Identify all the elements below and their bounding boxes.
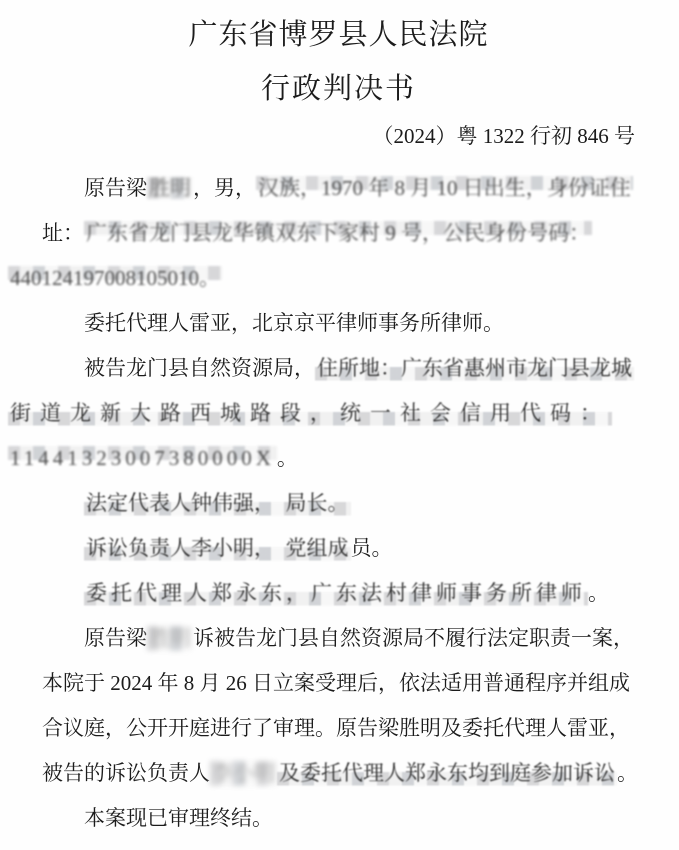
body-line: 合议庭，公开开庭进行了审理。原告梁胜明及委托代理人雷亚， [42, 706, 635, 751]
court-name: 广东省博罗县人民法院 [42, 16, 635, 54]
body-line: 委托代理人雷亚，北京京平律师事务所律师。 [42, 301, 635, 346]
body-line: 街道龙新大路西城路段，统一社会信用代码： [8, 391, 635, 436]
text-segment: 本院于 2024 年 8 月 26 日立案受理后，依法适用普通程序并组成 [42, 671, 630, 695]
text-segment: 本案现已审理终结。 [84, 806, 273, 830]
body-line: 被告的诉讼负责人李小明及委托代理人郑永东均到庭参加诉讼。 [42, 751, 635, 796]
body-line: 440124197008105010。 [8, 256, 635, 301]
document-type-title: 行政判决书 [42, 70, 635, 108]
text-segment: ，男， [193, 176, 256, 200]
text-segment: 被告龙门县自然资源局， [84, 356, 315, 380]
body-line: 本院于 2024 年 8 月 26 日立案受理后，依法适用普通程序并组成 [42, 661, 635, 706]
text-segment: 合议庭，公开开庭进行了审理。原告梁胜明及委托代理人雷亚， [42, 716, 630, 740]
text-segment: 原告梁 [84, 626, 147, 650]
redacted-text-segment: 委托代理人郑永东，广东法村律师事务所律师 [84, 580, 588, 606]
body-line: 法定代表人钟伟强， 局长。 [42, 481, 635, 526]
redacted-text-segment: 住所地：广东省惠州市龙门县龙城 [315, 355, 634, 381]
redacted-text-segment: 汉族，1970 年 8 月 10 日出生，身份证住 [256, 175, 633, 201]
redacted-text-segment: 440124197008105010。 [8, 265, 222, 291]
text-segment: 诉被告龙门县自然资源局不履行法定职责一案， [193, 626, 634, 650]
judgment-document: 广东省博罗县人民法院 行政判决书 （2024）粤 1322 行初 846 号 原… [0, 0, 679, 850]
redacted-text-segment: 李小明 [210, 760, 277, 786]
redacted-text-segment: 胜明 [147, 175, 193, 201]
text-segment: 址： [42, 221, 84, 245]
redacted-text-segment: 胜明 [147, 625, 193, 651]
redacted-text-segment: 诉讼负责人李小明， 党组成 [84, 535, 351, 561]
redacted-text-segment: 街道龙新大路西城路段，统一社会信用代码： [8, 400, 612, 426]
redacted-text-segment: 及委托代理人郑永东均到庭参加诉讼 [277, 760, 617, 786]
body-line: 被告龙门县自然资源局，住所地：广东省惠州市龙门县龙城 [42, 346, 635, 391]
text-segment: 。 [617, 761, 638, 785]
body-line: 委托代理人郑永东，广东法村律师事务所律师。 [42, 571, 635, 616]
body-line: 本案现已审理终结。 [42, 796, 635, 841]
body-line: 址：广东省龙门县龙华镇双东下家村 9 号，公民身份号码： [42, 211, 635, 256]
body-line: 11441323007380000X。 [8, 436, 635, 481]
body-line: 原告梁胜明，男，汉族，1970 年 8 月 10 日出生，身份证住 [42, 166, 635, 211]
text-segment: 原告梁 [84, 176, 147, 200]
redacted-text-segment: 法定代表人钟伟强， 局长。 [84, 490, 351, 516]
case-number: （2024）粤 1322 行初 846 号 [42, 122, 635, 150]
text-segment: 。 [588, 581, 613, 605]
document-body: 原告梁胜明，男，汉族，1970 年 8 月 10 日出生，身份证住址：广东省龙门… [42, 166, 635, 841]
text-segment: 委托代理人雷亚，北京京平律师事务所律师。 [84, 311, 504, 335]
text-segment: 员。 [351, 536, 393, 560]
text-segment: 。 [277, 446, 302, 470]
body-line: 诉讼负责人李小明， 党组成员。 [42, 526, 635, 571]
redacted-text-segment: 11441323007380000X [8, 445, 277, 471]
redacted-text-segment: 广东省龙门县龙华镇双东下家村 9 号，公民身份号码： [84, 220, 592, 246]
body-line: 原告梁胜明诉被告龙门县自然资源局不履行法定职责一案， [42, 616, 635, 661]
text-segment: 被告的诉讼负责人 [42, 761, 210, 785]
